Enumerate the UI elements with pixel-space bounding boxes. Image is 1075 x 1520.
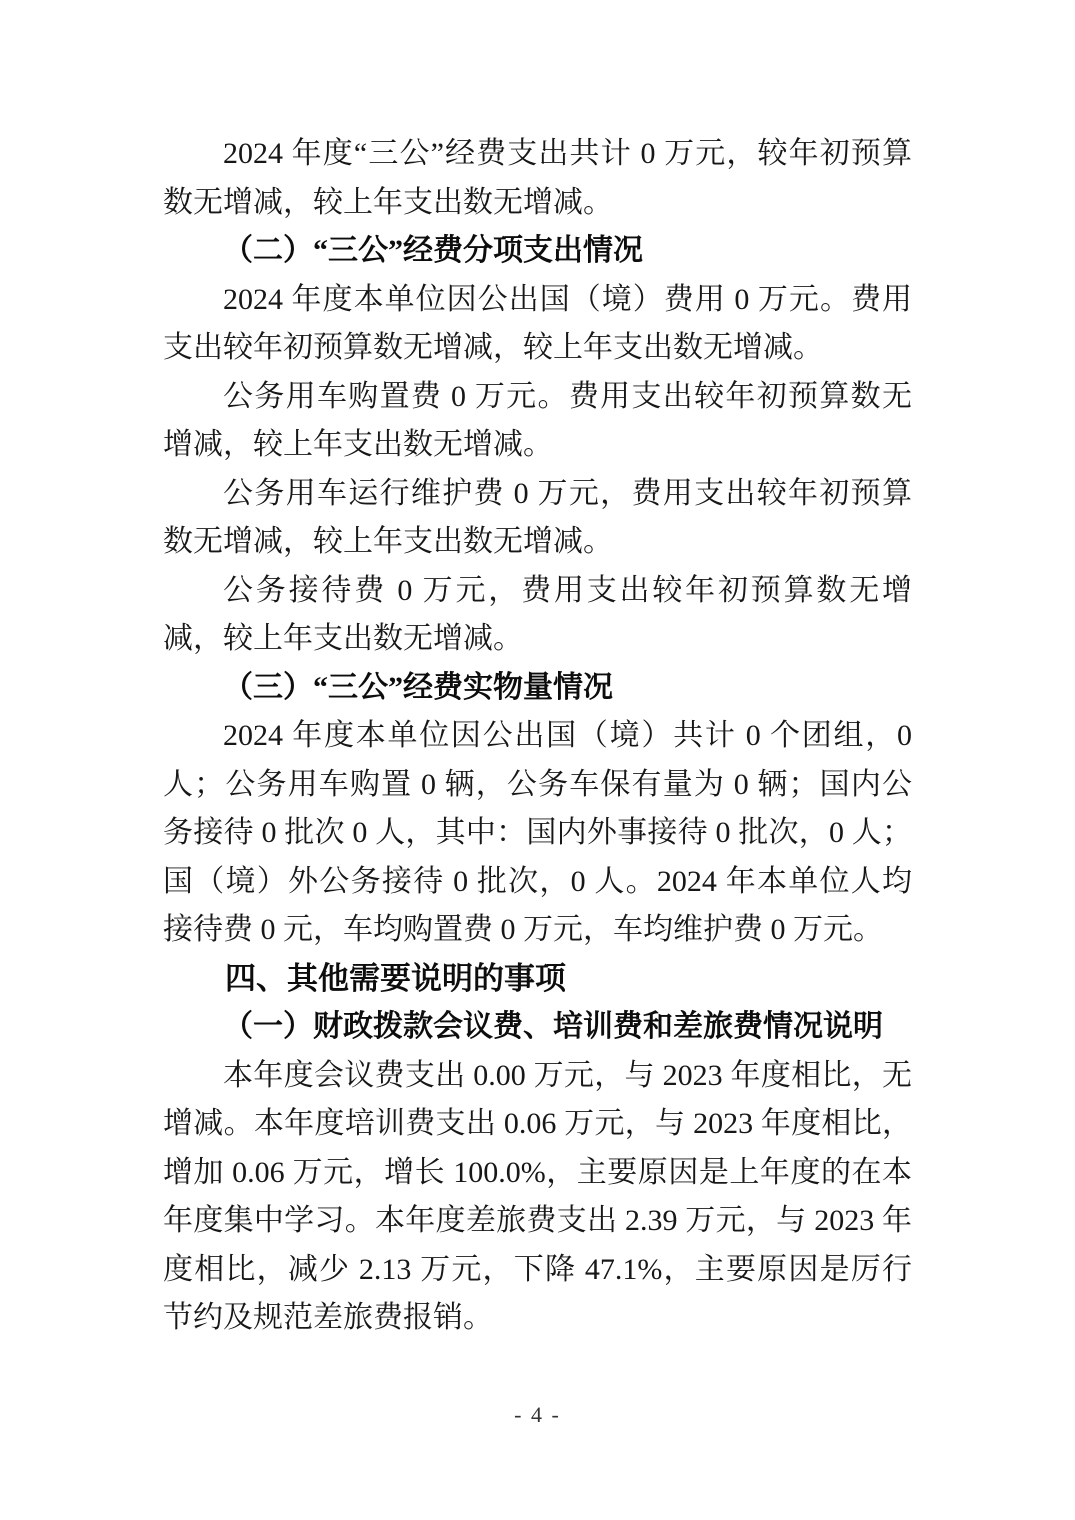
subsection-heading: （一）财政拨款会议费、培训费和差旅费情况说明 <box>163 1003 912 1052</box>
document-text-block: 2024 年度“三公”经费支出共计 0 万元，较年初预算数无增减，较上年支出数无… <box>163 130 912 1343</box>
body-paragraph: 2024 年度“三公”经费支出共计 0 万元，较年初预算数无增减，较上年支出数无… <box>163 130 912 227</box>
document-page: 2024 年度“三公”经费支出共计 0 万元，较年初预算数无增减，较上年支出数无… <box>0 0 1075 1520</box>
body-paragraph: 公务用车运行维护费 0 万元，费用支出较年初预算数无增减，较上年支出数无增减。 <box>163 470 912 567</box>
body-paragraph: 公务用车购置费 0 万元。费用支出较年初预算数无增减，较上年支出数无增减。 <box>163 373 912 470</box>
body-paragraph: 2024 年度本单位因公出国（境）共计 0 个团组，0 人；公务用车购置 0 辆… <box>163 712 912 955</box>
subsection-heading: （三）“三公”经费实物量情况 <box>163 664 912 713</box>
page-number: - 4 - <box>0 1402 1075 1428</box>
body-paragraph: 公务接待费 0 万元，费用支出较年初预算数无增减，较上年支出数无增减。 <box>163 567 912 664</box>
subsection-heading: （二）“三公”经费分项支出情况 <box>163 227 912 276</box>
section-heading: 四、其他需要说明的事项 <box>163 955 912 1004</box>
body-paragraph: 2024 年度本单位因公出国（境）费用 0 万元。费用支出较年初预算数无增减，较… <box>163 276 912 373</box>
body-paragraph: 本年度会议费支出 0.00 万元，与 2023 年度相比，无增减。本年度培训费支… <box>163 1052 912 1343</box>
